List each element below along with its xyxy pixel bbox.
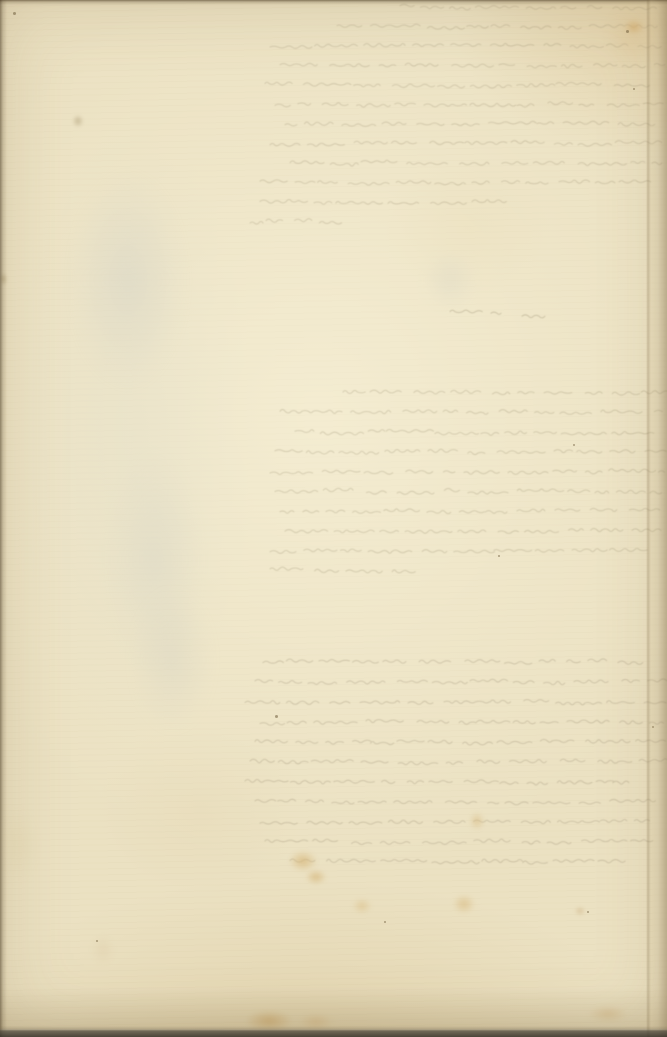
showthrough-line-middle-paragraph-9 bbox=[270, 567, 415, 573]
showthrough-line-bottom-paragraph-1 bbox=[255, 679, 667, 685]
showthrough-line-bottom-paragraph-2 bbox=[245, 700, 666, 705]
showthrough-line-bottom-paragraph-8 bbox=[260, 819, 649, 824]
showthrough-line-top-paragraph-9 bbox=[260, 180, 651, 185]
showthrough-line-middle-paragraph-6 bbox=[280, 508, 660, 513]
showthrough-line-top-paragraph-6 bbox=[285, 121, 655, 126]
showthrough-line-top-paragraph-8 bbox=[290, 160, 662, 166]
showthrough-line-middle-paragraph-3 bbox=[275, 449, 666, 454]
showthrough-line-middle-paragraph-8 bbox=[270, 548, 647, 553]
showthrough-line-top-paragraph-0 bbox=[400, 4, 657, 10]
showthrough-line-bottom-paragraph-7 bbox=[255, 799, 655, 805]
showthrough-line-middle-paragraph-5 bbox=[275, 488, 662, 494]
showthrough-line-bottom-paragraph-10 bbox=[290, 859, 625, 864]
showthrough-line-top-paragraph-4 bbox=[265, 82, 650, 88]
showthrough-line-top-paragraph-1 bbox=[337, 24, 657, 29]
showthrough-line-middle-paragraph-7 bbox=[285, 528, 661, 533]
showthrough-line-top-paragraph-10 bbox=[260, 200, 506, 205]
showthrough-line-middle-paragraph-1 bbox=[280, 410, 662, 415]
showthrough-line-bottom-paragraph-9 bbox=[265, 839, 653, 844]
showthrough-line-top-paragraph-7 bbox=[270, 141, 662, 147]
showthrough-line-top-paragraph-3 bbox=[280, 63, 665, 68]
showthrough-line-fragment-dashes-1 bbox=[522, 315, 545, 318]
showthrough-line-top-paragraph-5 bbox=[275, 102, 663, 107]
showthrough-line-bottom-paragraph-3 bbox=[260, 720, 663, 726]
showthrough-line-bottom-paragraph-4 bbox=[255, 739, 666, 745]
showthrough-line-bottom-paragraph-6 bbox=[245, 779, 629, 785]
showthrough-line-top-paragraph-11 bbox=[250, 219, 342, 224]
showthrough-line-fragment-dashes-0 bbox=[450, 310, 501, 314]
ink-showthrough-layer bbox=[0, 0, 667, 1037]
showthrough-line-bottom-paragraph-5 bbox=[250, 759, 667, 765]
manuscript-page-scan bbox=[0, 0, 667, 1037]
showthrough-line-bottom-paragraph-0 bbox=[263, 659, 643, 664]
showthrough-line-top-paragraph-2 bbox=[270, 44, 661, 49]
showthrough-line-middle-paragraph-4 bbox=[270, 469, 665, 475]
showthrough-line-middle-paragraph-2 bbox=[295, 429, 654, 435]
showthrough-line-middle-paragraph-0 bbox=[343, 390, 667, 395]
